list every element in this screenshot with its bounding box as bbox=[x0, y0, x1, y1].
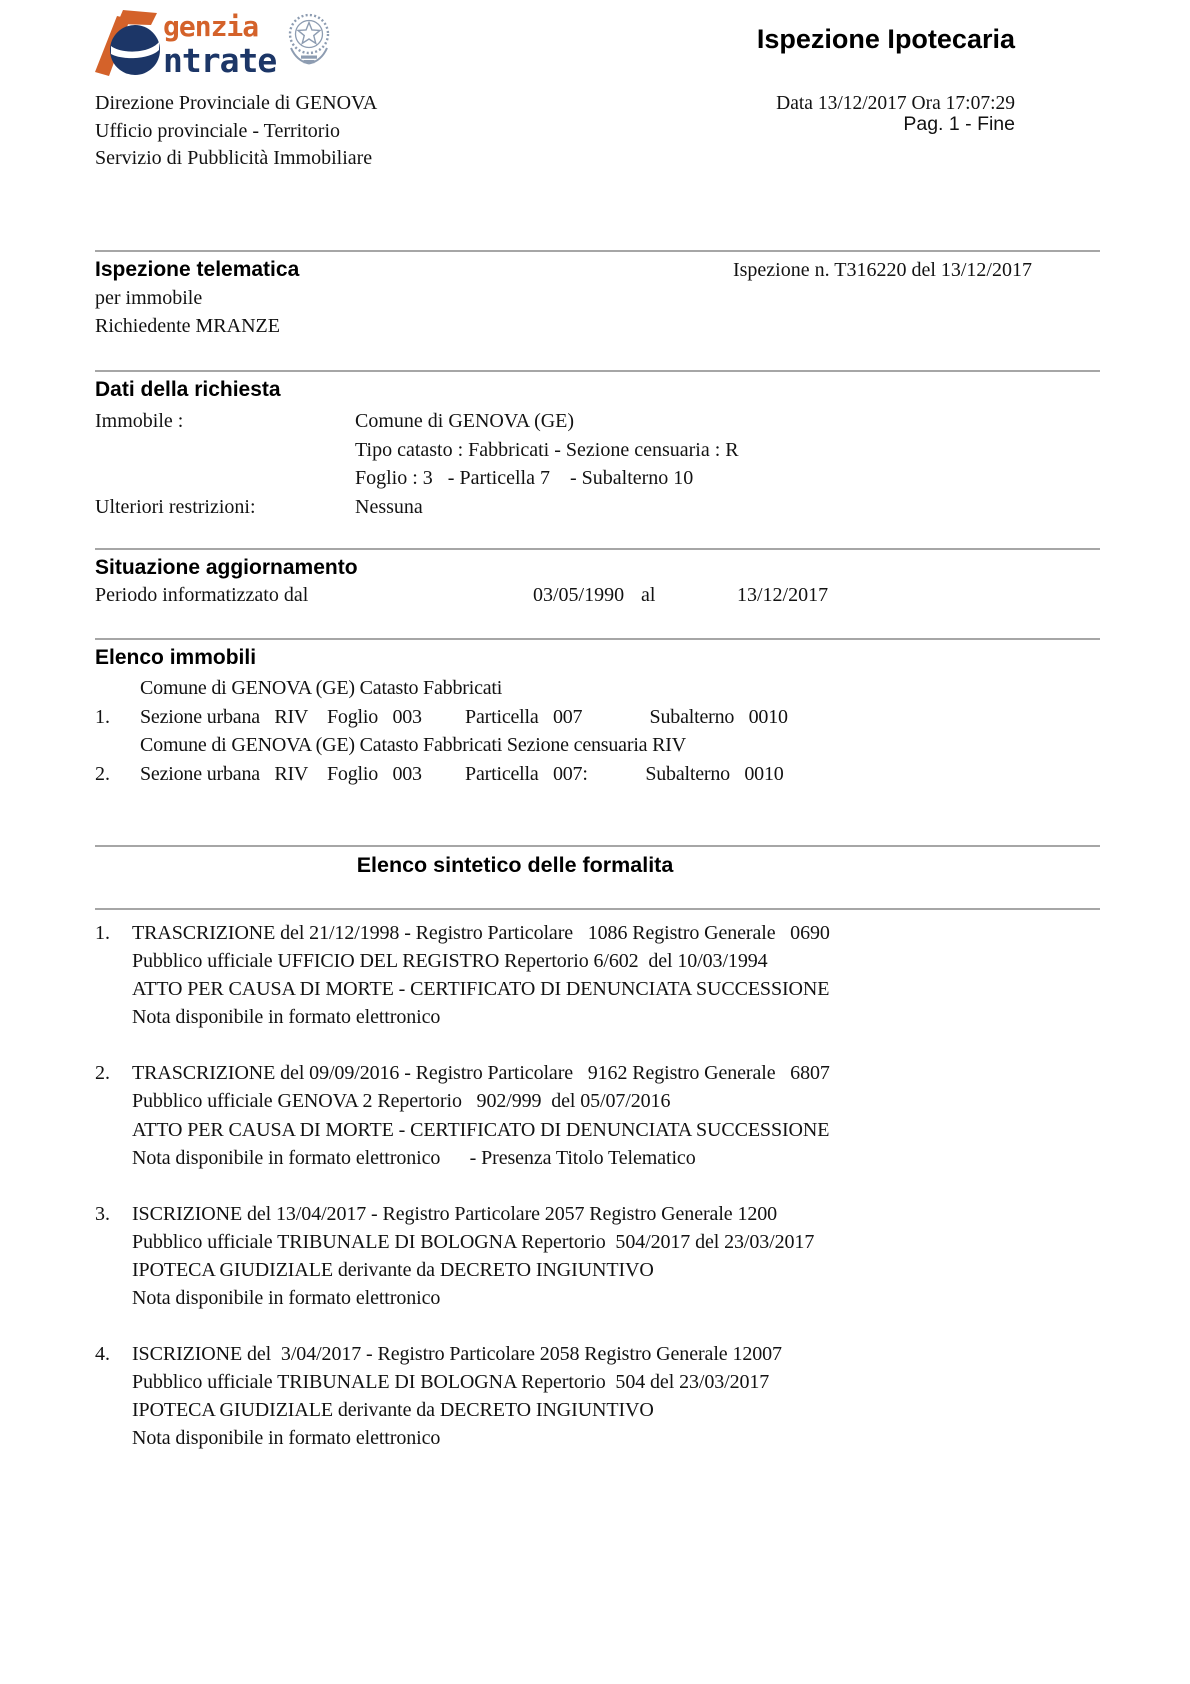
formalities-section-title: Elenco sintetico delle formalita bbox=[95, 853, 935, 878]
office-address-block: Direzione Provinciale di GENOVA Ufficio … bbox=[95, 90, 695, 173]
property-line: Comune di GENOVA (GE) Catasto Fabbricati bbox=[95, 674, 1100, 703]
section-situazione-aggiornamento: Situazione aggiornamento Periodo informa… bbox=[95, 556, 1100, 613]
office-line: Servizio di Pubblicità Immobiliare bbox=[95, 145, 695, 173]
date-page-block: Data 13/12/2017 Ora 17:07:29 Pag. 1 - Fi… bbox=[700, 93, 1015, 135]
property-text: Comune di GENOVA (GE) Catasto Fabbricati bbox=[140, 674, 502, 703]
request-label bbox=[95, 464, 355, 493]
formality-number: 3. bbox=[95, 1200, 132, 1312]
period-label: Periodo informatizzato dal bbox=[95, 584, 308, 607]
italy-republic-emblem-icon bbox=[287, 10, 331, 68]
formality-item: 1. TRASCRIZIONE del 21/12/1998 - Registr… bbox=[95, 919, 1100, 1031]
property-number: 2. bbox=[95, 760, 140, 789]
section-title: Situazione aggiornamento bbox=[95, 556, 1100, 580]
formality-line: ISCRIZIONE del 3/04/2017 - Registro Part… bbox=[132, 1340, 1100, 1368]
page-title: Ispezione Ipotecaria bbox=[700, 24, 1015, 55]
formality-line: Pubblico ufficiale UFFICIO DEL REGISTRO … bbox=[132, 947, 1100, 975]
formality-item: 4. ISCRIZIONE del 3/04/2017 - Registro P… bbox=[95, 1340, 1100, 1452]
property-text: Sezione urbana RIV Foglio 003 Particella… bbox=[140, 703, 788, 732]
request-label: Immobile : bbox=[95, 407, 355, 436]
formality-line: Pubblico ufficiale TRIBUNALE DI BOLOGNA … bbox=[132, 1228, 1100, 1256]
section-ispezione-telematica: Ispezione telematica Ispezione n. T31622… bbox=[95, 258, 1100, 340]
formality-line: Nota disponibile in formato elettronico … bbox=[132, 1144, 1100, 1172]
section-divider bbox=[95, 250, 1100, 252]
section-title: Elenco immobili bbox=[95, 646, 1100, 670]
inspection-number: Ispezione n. T316220 del 13/12/2017 bbox=[733, 259, 1032, 282]
formality-line: ISCRIZIONE del 13/04/2017 - Registro Par… bbox=[132, 1200, 1100, 1228]
section-divider bbox=[95, 638, 1100, 640]
page-indicator: Pag. 1 - Fine bbox=[700, 114, 1015, 135]
formality-line: Nota disponibile in formato elettronico bbox=[132, 1284, 1100, 1312]
formality-number: 2. bbox=[95, 1059, 132, 1171]
property-number bbox=[95, 731, 140, 760]
office-line: Direzione Provinciale di GENOVA bbox=[95, 90, 695, 118]
request-label: Ulteriori restrizioni: bbox=[95, 493, 355, 522]
formality-item: 2. TRASCRIZIONE del 09/09/2016 - Registr… bbox=[95, 1059, 1100, 1171]
section-divider bbox=[95, 548, 1100, 550]
property-line: 2. Sezione urbana RIV Foglio 003 Partice… bbox=[95, 760, 1100, 789]
agenzia-entrate-logo: genzia ntrate bbox=[93, 6, 333, 80]
inspection-requester: Richiedente MRANZE bbox=[95, 313, 1100, 341]
property-line: 1. Sezione urbana RIV Foglio 003 Partice… bbox=[95, 703, 1100, 732]
section-divider bbox=[95, 908, 1100, 910]
request-value: Tipo catasto : Fabbricati - Sezione cens… bbox=[355, 436, 739, 465]
formality-line: Nota disponibile in formato elettronico bbox=[132, 1424, 1100, 1452]
formality-line: Pubblico ufficiale TRIBUNALE DI BOLOGNA … bbox=[132, 1368, 1100, 1396]
property-number bbox=[95, 674, 140, 703]
section-divider bbox=[95, 845, 1100, 847]
request-value: Foglio : 3 - Particella 7 - Subalterno 1… bbox=[355, 464, 693, 493]
request-row: Tipo catasto : Fabbricati - Sezione cens… bbox=[95, 436, 1100, 465]
formality-line: IPOTECA GIUDIZIALE derivante da DECRETO … bbox=[132, 1396, 1100, 1424]
section-elenco-immobili: Elenco immobili Comune di GENOVA (GE) Ca… bbox=[95, 646, 1100, 789]
formality-line: TRASCRIZIONE del 21/12/1998 - Registro P… bbox=[132, 919, 1100, 947]
property-number: 1. bbox=[95, 703, 140, 732]
office-line: Ufficio provinciale - Territorio bbox=[95, 118, 695, 146]
section-title: Ispezione telematica bbox=[95, 258, 299, 282]
formality-line: Pubblico ufficiale GENOVA 2 Repertorio 9… bbox=[132, 1087, 1100, 1115]
print-datetime: Data 13/12/2017 Ora 17:07:29 bbox=[700, 93, 1015, 114]
formality-line: IPOTECA GIUDIZIALE derivante da DECRETO … bbox=[132, 1256, 1100, 1284]
formality-item: 3. ISCRIZIONE del 13/04/2017 - Registro … bbox=[95, 1200, 1100, 1312]
section-title: Dati della richiesta bbox=[95, 378, 1100, 402]
formality-number: 4. bbox=[95, 1340, 132, 1452]
period-end-date: 13/12/2017 bbox=[737, 584, 828, 607]
formalities-list: 1. TRASCRIZIONE del 21/12/1998 - Registr… bbox=[95, 919, 1100, 1481]
computerized-period-row: Periodo informatizzato dal 03/05/1990 al… bbox=[95, 584, 1100, 613]
logo-word-agenzia: genzia bbox=[163, 10, 258, 43]
formality-line: Nota disponibile in formato elettronico bbox=[132, 1003, 1100, 1031]
formality-line: TRASCRIZIONE del 09/09/2016 - Registro P… bbox=[132, 1059, 1100, 1087]
agenzia-entrate-logo-mark: genzia ntrate bbox=[93, 6, 283, 78]
request-value: Comune di GENOVA (GE) bbox=[355, 407, 574, 436]
request-label bbox=[95, 436, 355, 465]
logo-word-entrate: ntrate bbox=[163, 41, 276, 78]
request-row: Ulteriori restrizioni: Nessuna bbox=[95, 493, 1100, 522]
formality-line: ATTO PER CAUSA DI MORTE - CERTIFICATO DI… bbox=[132, 1116, 1100, 1144]
period-start-date: 03/05/1990 bbox=[533, 584, 624, 607]
formality-line: ATTO PER CAUSA DI MORTE - CERTIFICATO DI… bbox=[132, 975, 1100, 1003]
property-line: Comune di GENOVA (GE) Catasto Fabbricati… bbox=[95, 731, 1100, 760]
inspection-subject: per immobile bbox=[95, 285, 1100, 313]
request-value: Nessuna bbox=[355, 493, 423, 522]
request-row: Immobile : Comune di GENOVA (GE) bbox=[95, 407, 1100, 436]
formality-number: 1. bbox=[95, 919, 132, 1031]
period-connector: al bbox=[641, 584, 655, 607]
section-dati-richiesta: Dati della richiesta Immobile : Comune d… bbox=[95, 378, 1100, 521]
section-divider bbox=[95, 370, 1100, 372]
property-text: Comune di GENOVA (GE) Catasto Fabbricati… bbox=[140, 731, 686, 760]
request-row: Foglio : 3 - Particella 7 - Subalterno 1… bbox=[95, 464, 1100, 493]
document-page: genzia ntrate Ispezione Ipotecaria Direz… bbox=[0, 0, 1190, 1684]
property-text: Sezione urbana RIV Foglio 003 Particella… bbox=[140, 760, 784, 789]
